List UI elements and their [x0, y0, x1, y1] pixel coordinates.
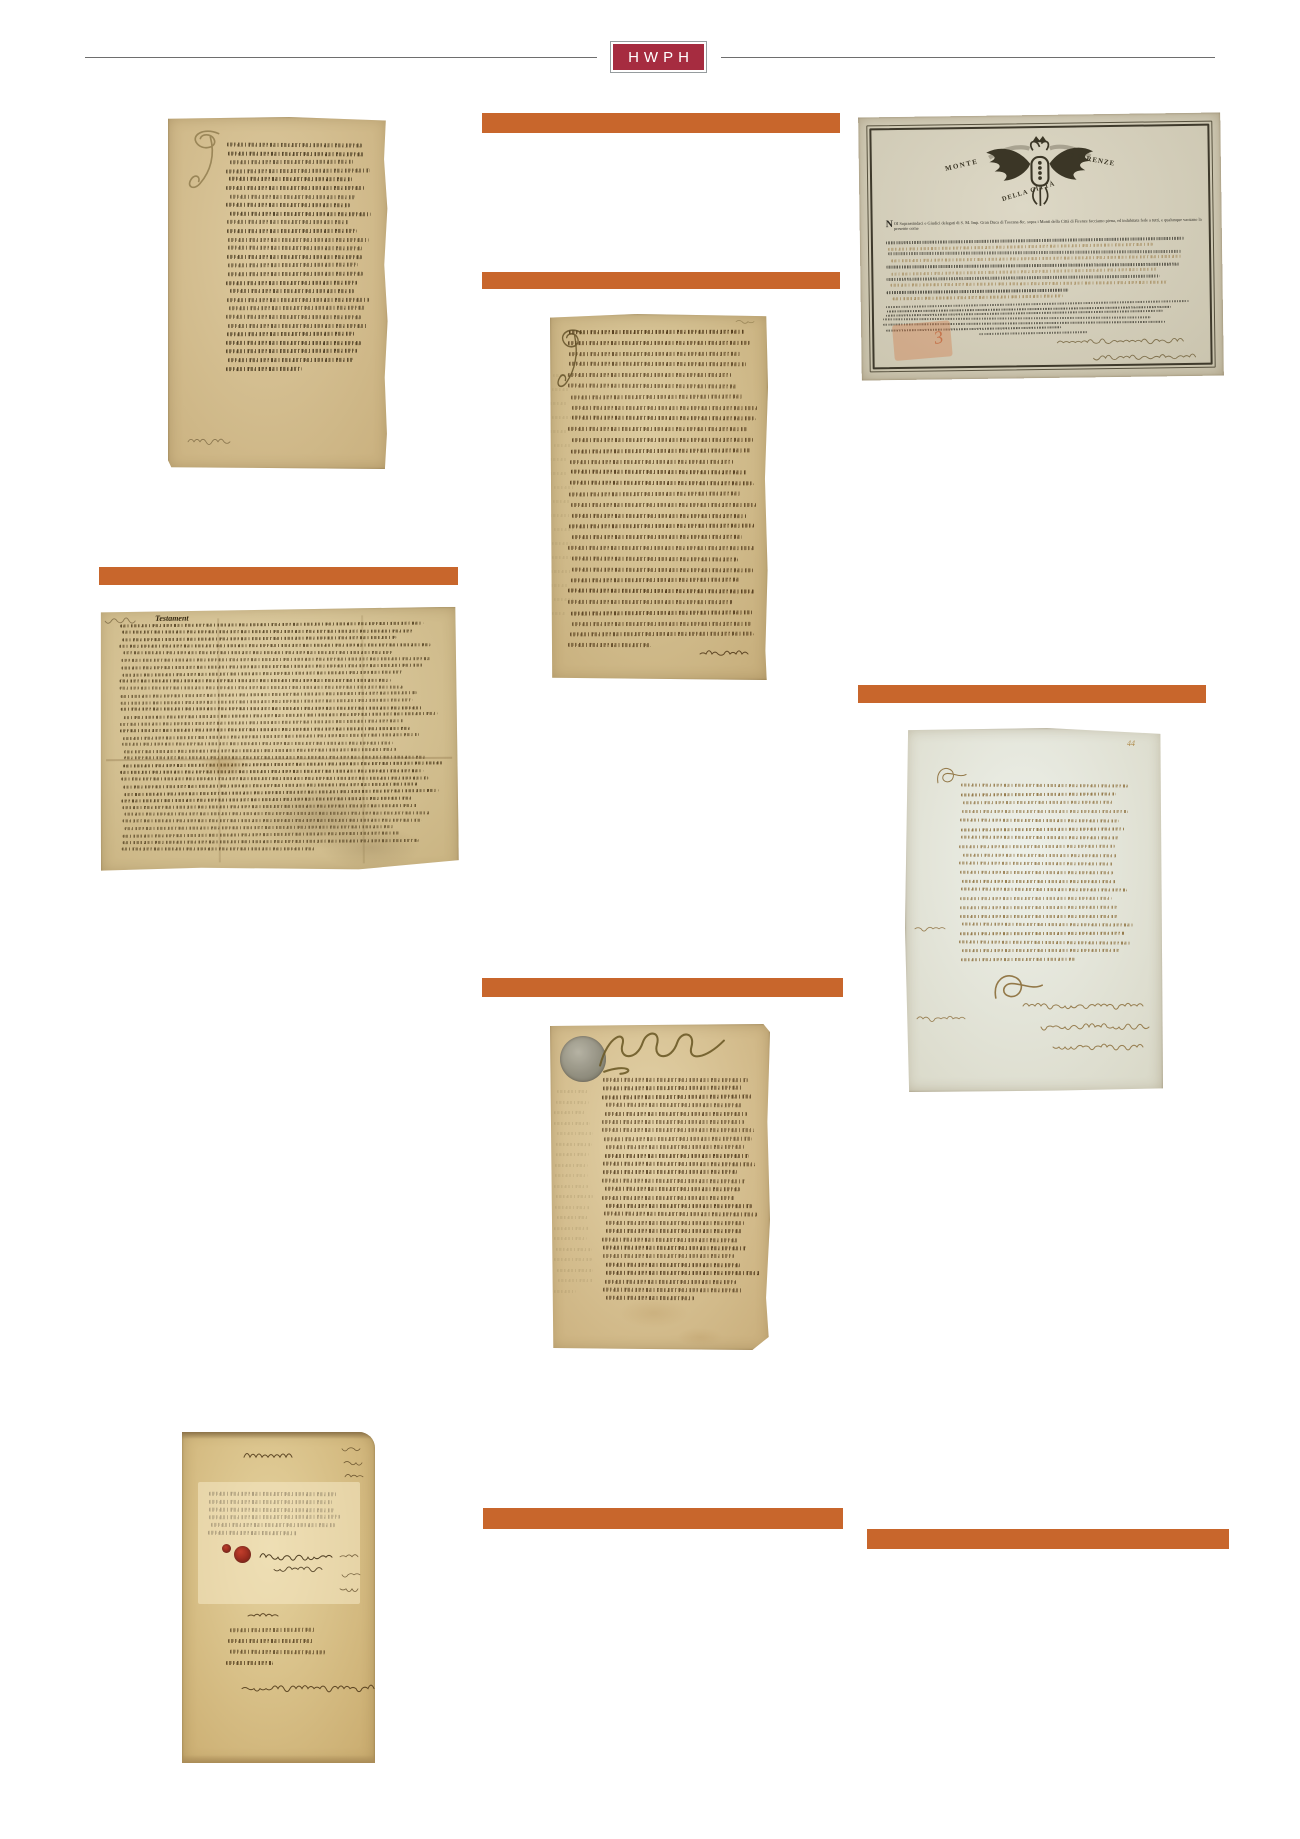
handwriting-line [124, 712, 438, 719]
handwriting-line [552, 556, 571, 559]
handwriting-line [226, 341, 361, 346]
handwriting-squiggle [1053, 1041, 1139, 1051]
handwriting-line [604, 1137, 752, 1142]
hwph-logo-text: HWPH [623, 50, 694, 65]
handwriting-line [602, 1094, 752, 1099]
handwriting-line [554, 1111, 586, 1115]
handwriting-line [602, 1178, 745, 1183]
manuscript-sealed-document [550, 1024, 770, 1350]
header-rule-left [85, 57, 597, 58]
handwriting-squiggle [915, 924, 941, 932]
handwriting-line [122, 629, 412, 633]
handwriting-line [226, 168, 370, 173]
handwriting-line [122, 742, 393, 746]
handwriting-line [962, 810, 1128, 813]
handwriting-line [571, 578, 739, 583]
handwriting-line [557, 1090, 589, 1093]
handwriting-line [606, 1221, 744, 1225]
handwriting-line [228, 263, 358, 268]
paper-stain [301, 817, 441, 873]
handwriting-line [602, 1128, 754, 1132]
handwriting-line [124, 651, 394, 655]
handwriting-line [122, 636, 396, 642]
handwriting-line [960, 871, 1113, 875]
handwriting-line [554, 1226, 589, 1230]
manuscript-testament-wide: Testament [99, 607, 459, 873]
calligraphic-flourish [182, 127, 232, 193]
calligraphic-flourish [935, 762, 969, 788]
handwriting-line [554, 1258, 592, 1261]
handwriting-line [571, 610, 752, 616]
handwriting-line [571, 470, 747, 475]
header-rule-right [721, 57, 1215, 58]
handwriting-line [606, 1145, 744, 1149]
handwriting-line [228, 238, 369, 242]
darkened-bottom-edge [182, 1755, 375, 1763]
handwriting-line [556, 1142, 592, 1146]
handwriting-line [602, 1196, 734, 1200]
handwriting-line [603, 1254, 734, 1258]
handwriting-line [556, 1153, 589, 1157]
handwriting-squiggle [1057, 335, 1181, 347]
handwriting-line [120, 727, 410, 733]
monte-di-firenze-certificate: MONTEDI FIRENZEDELLA CITTÀNOI Soprassind… [858, 112, 1224, 380]
handwriting-line [121, 698, 413, 705]
handwriting-line [961, 827, 1124, 831]
handwriting-line [229, 306, 365, 311]
handwriting-squiggle [1023, 1000, 1143, 1010]
handwriting-line [959, 862, 1113, 866]
handwriting-line [962, 923, 1133, 927]
handwriting-line [568, 373, 731, 377]
spanish-manuscript-order: 44 [905, 728, 1163, 1092]
handwriting-line [555, 1174, 588, 1177]
stamp-glyph: 3 [932, 327, 945, 349]
handwriting-line [228, 324, 367, 328]
hwph-logo: HWPH [610, 41, 707, 73]
handwriting-squiggle [188, 437, 226, 445]
handwriting-squiggle [736, 318, 752, 324]
handwriting-line [571, 448, 751, 454]
handwriting-line [961, 836, 1119, 840]
handwriting-line [552, 542, 571, 545]
handwriting-line [229, 177, 352, 182]
handwriting-line [605, 1187, 740, 1192]
handwriting-line [568, 600, 733, 605]
handwriting-line [568, 427, 747, 432]
handwriting-line [550, 458, 567, 461]
handwriting-line [556, 1247, 592, 1251]
handwriting-line [568, 589, 754, 595]
handwriting-line [570, 481, 754, 486]
handwriting-line [558, 1279, 593, 1282]
handwriting-line [554, 1184, 588, 1188]
redacted-lot-title-bar [483, 1508, 843, 1529]
handwriting-line [603, 1086, 743, 1091]
handwriting-line [568, 341, 750, 346]
handwriting-line [569, 362, 746, 367]
handwriting-line [554, 1121, 590, 1124]
handwriting-line [554, 444, 571, 447]
red-wax-seal-icon [222, 1544, 231, 1553]
handwriting-line [122, 664, 424, 670]
handwriting-line [227, 229, 357, 234]
handwriting-line [225, 315, 360, 320]
handwriting-line [572, 535, 742, 540]
handwriting-line [959, 845, 1115, 849]
handwriting-line [230, 1628, 315, 1632]
handwriting-line [230, 212, 371, 217]
redacted-lot-title-bar [858, 685, 1206, 703]
double-eagle-crest-icon [980, 132, 1099, 214]
handwriting-line [228, 358, 354, 362]
handwriting-line [556, 1195, 593, 1198]
handwriting-line [227, 298, 369, 302]
handwriting-line [963, 801, 1114, 805]
handwriting-line [552, 612, 565, 615]
handwriting-line [960, 932, 1125, 936]
handwriting-line [568, 643, 651, 648]
handwriting-line [227, 220, 349, 224]
handwriting-line [569, 352, 740, 357]
handwriting-line [555, 1163, 588, 1166]
handwriting-line [570, 460, 733, 465]
handwriting-line [568, 546, 754, 551]
handwriting-line [603, 1162, 755, 1167]
redacted-lot-title-bar [482, 978, 843, 997]
handwriting-squiggle [242, 1682, 370, 1693]
handwriting-line [557, 1132, 593, 1135]
handwriting-line [554, 1237, 587, 1240]
handwriting-line [571, 394, 743, 399]
handwriting-line [551, 584, 569, 588]
handwriting-line [603, 1078, 748, 1082]
handwriting-squiggle [917, 1014, 963, 1022]
redacted-lot-title-bar [482, 272, 840, 289]
handwriting-line [960, 818, 1119, 822]
handwriting-line [602, 1120, 744, 1124]
handwriting-line [961, 888, 1127, 892]
paper-stain [668, 1324, 732, 1350]
handwriting-line [226, 280, 357, 285]
handwriting-line [959, 940, 1130, 945]
red-wax-seal-icon [234, 1546, 251, 1563]
handwriting-squiggle [1093, 351, 1193, 362]
handwriting-line [963, 853, 1117, 857]
handwriting-line [554, 598, 573, 602]
handwriting-line [604, 1212, 757, 1217]
handwriting-line [572, 567, 753, 572]
handwriting-line [226, 186, 364, 190]
handwriting-line [606, 1271, 760, 1275]
handwriting-line [550, 402, 567, 405]
handwriting-line [228, 246, 362, 251]
handwriting-line [551, 570, 571, 574]
handwriting-line [557, 1216, 589, 1219]
manuscript-letter-top-left [168, 117, 388, 469]
manuscript-obligation-middle [550, 314, 768, 680]
revenue-stamp: 3 [892, 320, 953, 361]
handwriting-line [603, 1246, 746, 1251]
lighter-paper-panel [198, 1482, 360, 1604]
handwriting-line [606, 1204, 752, 1208]
handwriting-line [120, 679, 391, 683]
handwriting-squiggle [244, 1450, 288, 1462]
handwriting-line [572, 438, 753, 443]
calligraphic-flourish [596, 1026, 728, 1078]
redacted-lot-title-bar [482, 113, 840, 133]
handwriting-line [569, 330, 744, 335]
handwriting-line [554, 528, 573, 531]
handwriting-line [605, 1154, 749, 1158]
handwriting-squiggle [345, 1472, 358, 1480]
handwriting-line [606, 1263, 740, 1268]
handwriting-line [603, 1170, 737, 1174]
redacted-lot-title-bar [867, 1529, 1229, 1549]
handwriting-line [120, 686, 403, 690]
handwriting-line [227, 255, 362, 259]
handwriting-line [961, 783, 1128, 788]
legible-text: 44 [1127, 740, 1135, 748]
handwriting-squiggle [105, 615, 133, 625]
handwriting-line [605, 1112, 747, 1116]
handwriting-line [605, 1279, 736, 1283]
handwriting-line [569, 524, 754, 529]
handwriting-line [554, 486, 574, 489]
handwriting-line [572, 621, 751, 626]
handwriting-line [226, 203, 350, 208]
handwriting-line [553, 500, 570, 503]
handwriting-line [960, 906, 1117, 910]
handwriting-line [230, 194, 356, 199]
handwriting-line [230, 1650, 327, 1654]
handwriting-line [961, 958, 1075, 962]
handwriting-line [572, 405, 757, 410]
handwriting-line [228, 151, 364, 156]
handwriting-line [124, 748, 396, 754]
legible-text: Testament [155, 615, 189, 623]
handwriting-line [960, 897, 1112, 901]
handwriting-squiggle [1041, 1021, 1145, 1031]
handwriting-line [554, 1289, 576, 1293]
handwriting-line [556, 1268, 592, 1271]
handwriting-line [552, 416, 571, 419]
handwriting-squiggle [274, 1564, 318, 1573]
handwriting-squiggle [340, 1584, 353, 1592]
handwriting-squiggle [344, 1458, 359, 1466]
handwriting-line [556, 1100, 589, 1104]
catalog-page: HWPH Testament MONTEDI FIRENZEDELLA CITT… [0, 0, 1300, 1839]
darkened-top-edge [182, 1432, 375, 1439]
handwriting-line [550, 430, 568, 433]
handwriting-line [230, 160, 353, 165]
handwriting-line [606, 1229, 743, 1233]
handwriting-line [571, 556, 737, 561]
handwriting-squiggle [700, 648, 748, 658]
handwriting-line [227, 143, 362, 148]
handwriting-line [568, 383, 737, 388]
handwriting-line [570, 632, 754, 637]
handwriting-squiggle [342, 1570, 356, 1578]
handwriting-line [960, 914, 1118, 917]
handwriting-line [962, 880, 1116, 884]
handwriting-line [550, 472, 567, 476]
handwriting-line [123, 733, 419, 740]
handwriting-line [121, 706, 422, 710]
handwriting-squiggle [342, 1444, 360, 1452]
handwriting-squiggle [340, 1552, 356, 1560]
handwriting-line [226, 366, 302, 370]
redacted-lot-title-bar [99, 567, 458, 585]
handwriting-line [555, 1205, 590, 1209]
handwriting-line [121, 691, 417, 698]
handwriting-line [606, 1103, 742, 1108]
handwriting-line [122, 657, 432, 662]
handwriting-line [962, 949, 1119, 953]
manuscript-receipt-wax-seal [182, 1432, 375, 1763]
handwriting-line [572, 514, 746, 519]
handwriting-line [602, 1237, 739, 1242]
handwriting-line [119, 643, 430, 648]
handwriting-line [961, 792, 1116, 796]
handwriting-line [550, 514, 570, 517]
handwriting-line [228, 272, 363, 277]
handwriting-line [226, 349, 357, 354]
handwriting-line [227, 332, 354, 337]
handwriting-line [569, 491, 742, 496]
handwriting-squiggle [248, 1610, 278, 1620]
hwph-logo-box: HWPH [613, 44, 704, 70]
handwriting-line [571, 503, 756, 507]
handwriting-line [228, 1639, 314, 1643]
handwriting-squiggle [260, 1550, 332, 1562]
handwriting-line [226, 1661, 273, 1665]
calligraphic-flourish [552, 326, 592, 392]
handwriting-line [230, 289, 354, 293]
handwriting-line [572, 416, 756, 421]
